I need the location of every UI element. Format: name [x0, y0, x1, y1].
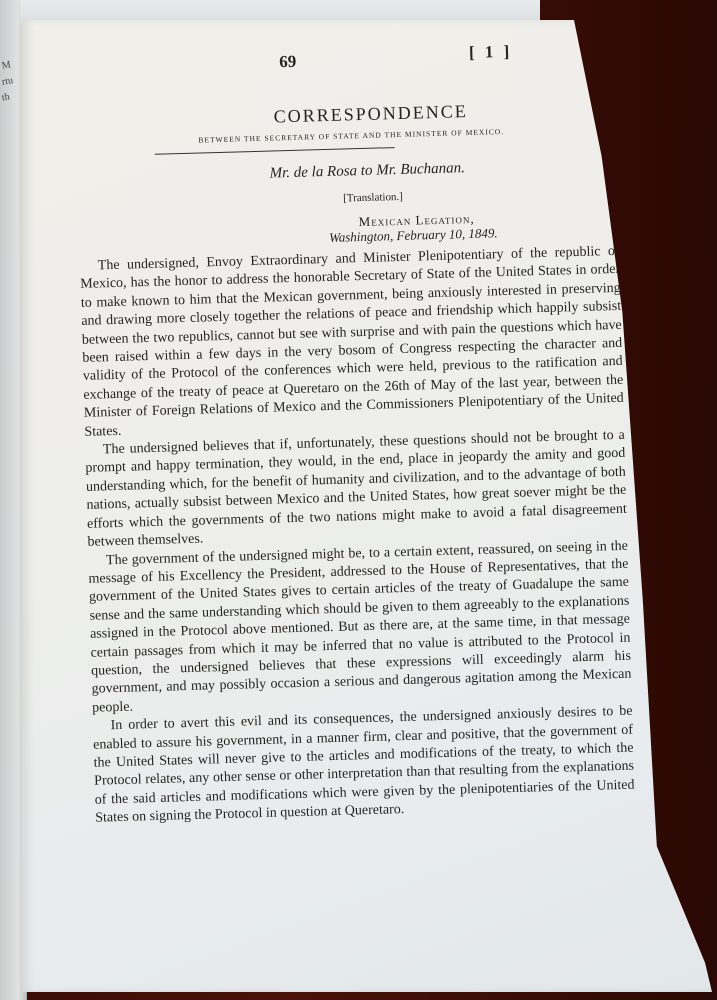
title-divider — [155, 147, 395, 155]
paragraph: The undersigned believes that if, unfort… — [85, 427, 628, 552]
document-reference: [ 1 ] — [469, 42, 513, 63]
paragraph: In order to avert this evil and its cons… — [92, 703, 635, 828]
letter-heading: Mr. de la Rosa to Mr. Buchanan. — [77, 156, 617, 188]
paragraph: The undersigned, Envoy Extraordinary and… — [80, 243, 625, 442]
document-page: 69 [ 1 ] CORRESPONDENCE BETWEEN THE SECR… — [22, 20, 712, 992]
dateline: Mexican Legation, Washington, February 1… — [328, 207, 619, 245]
facing-page-fragment: M — [1, 59, 12, 72]
translation-note: [Translation.] — [78, 185, 618, 212]
page-content: 69 [ 1 ] CORRESPONDENCE BETWEEN THE SECR… — [74, 43, 635, 828]
paragraph: The government of the undersigned might … — [88, 537, 632, 718]
facing-page-fragment: rtu — [1, 75, 14, 89]
facing-page-fragment: th — [1, 91, 11, 104]
page-number: 69 — [279, 52, 297, 72]
page-header: 69 [ 1 ] — [74, 43, 615, 88]
letter-body: The undersigned, Envoy Extraordinary and… — [80, 243, 636, 828]
